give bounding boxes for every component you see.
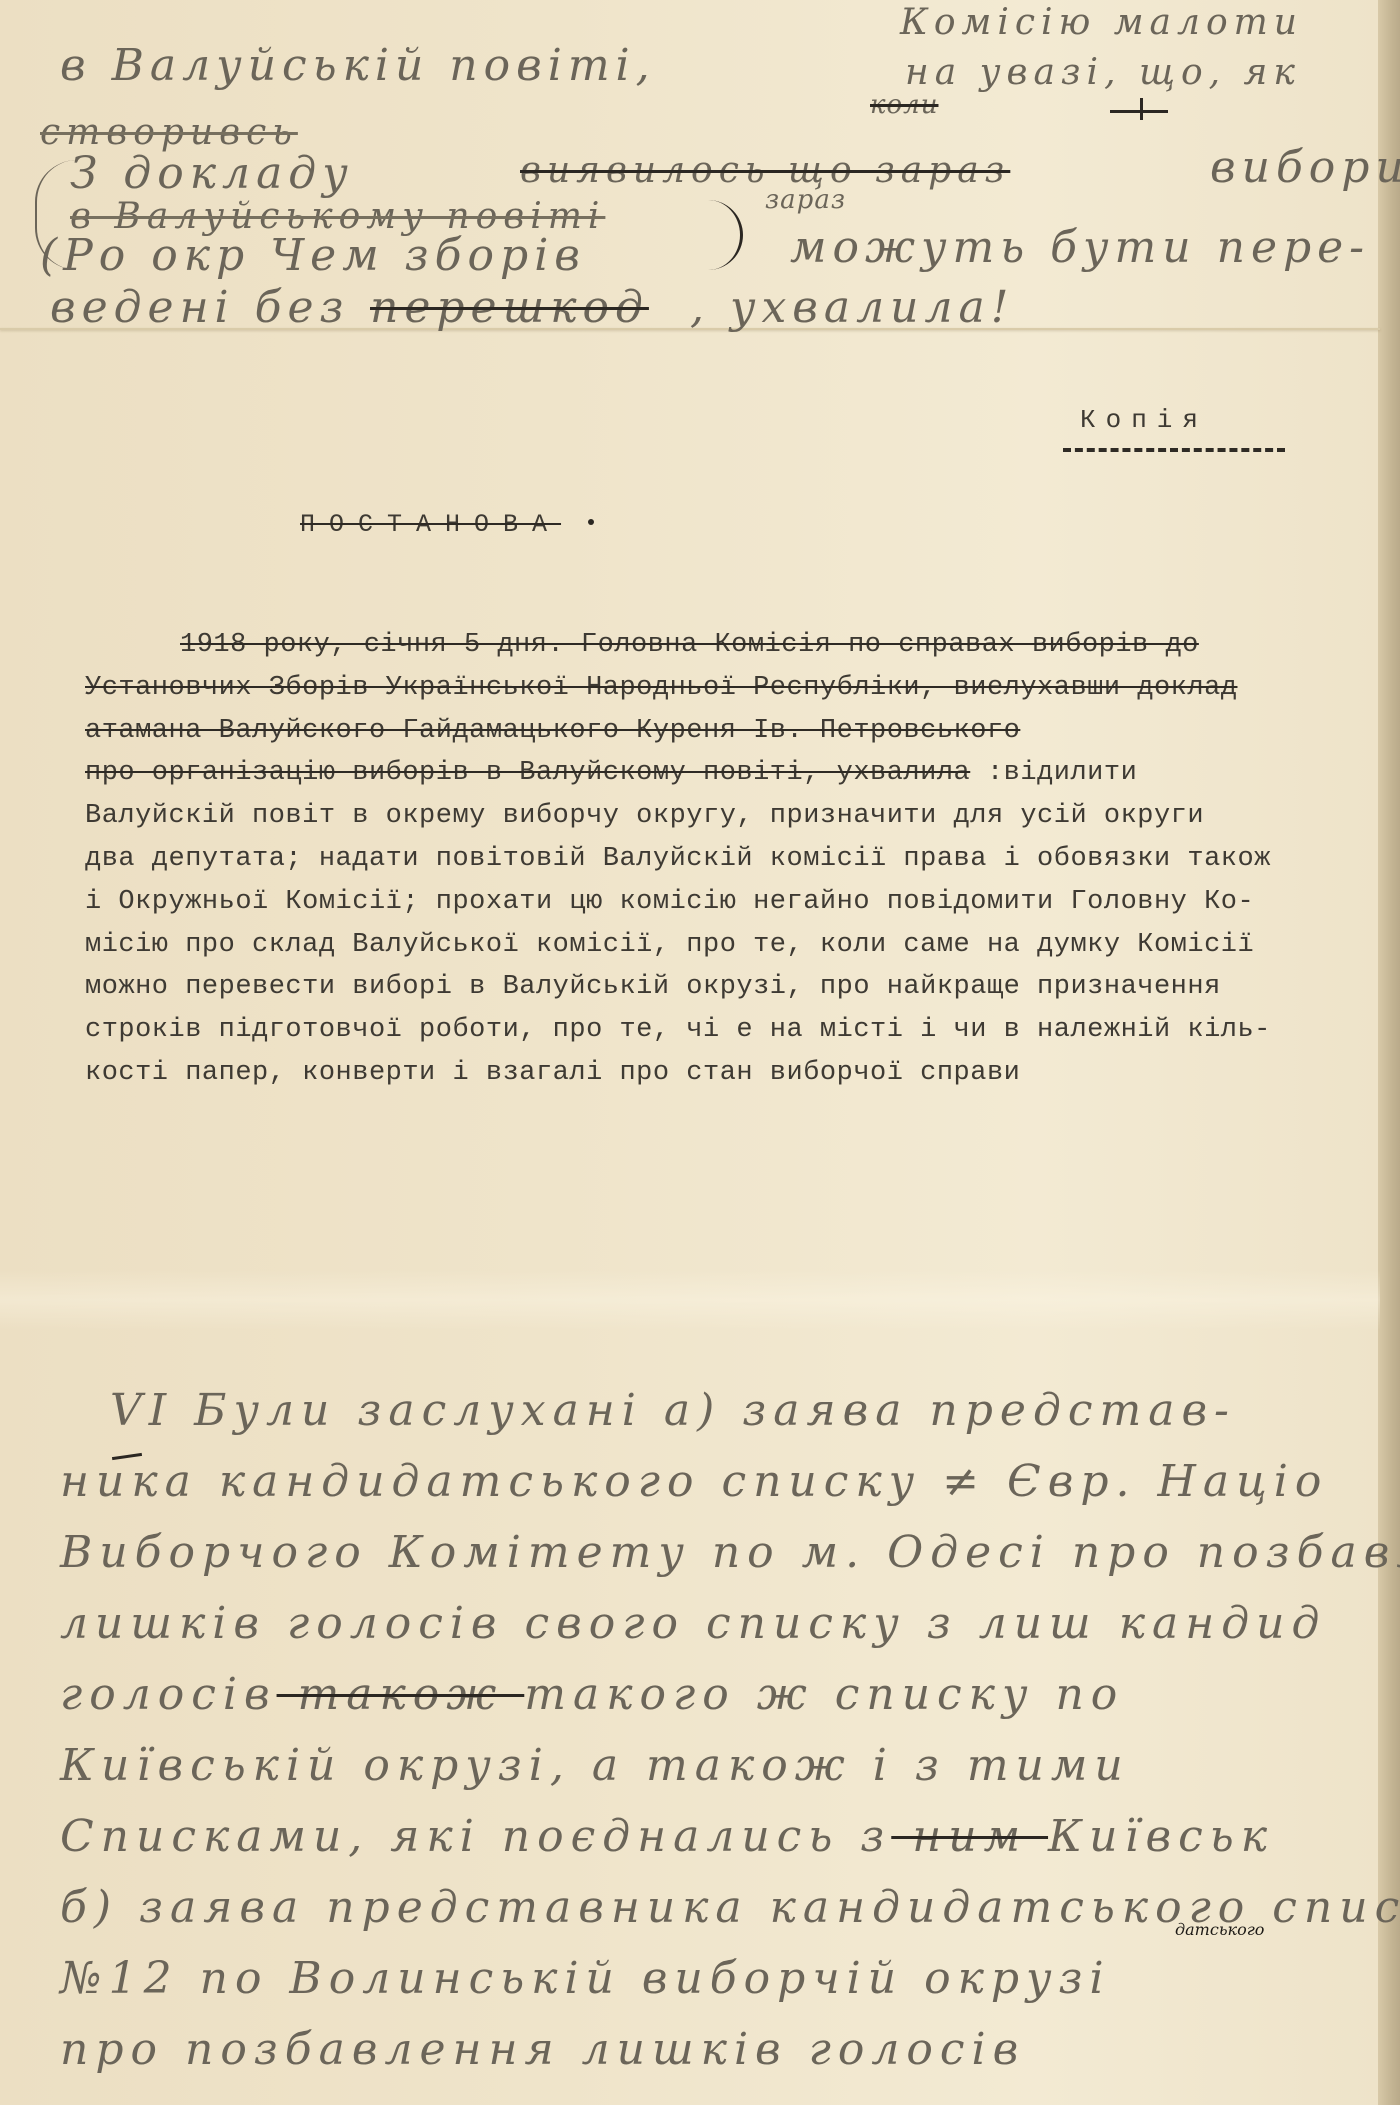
handwritten-note-mid: на увазі, що, як (905, 52, 1301, 93)
handwritten-text: лишків голосів свого списку з лиш кандид (60, 1598, 1326, 1649)
insert-mark-cross (1140, 98, 1143, 120)
handwritten-text: голосів (60, 1669, 277, 1720)
handwritten-line3-left: (Ро окр Чем зборів (40, 230, 586, 281)
title-dot (588, 519, 594, 525)
handwritten-line: Виборчого Комітету по м. Одесі про позба… (60, 1527, 1400, 1578)
handwritten-line: про позбавлення лишків голосів (60, 2024, 1025, 2075)
handwritten-line: Списками, які поєднались з ним Київськ (60, 1811, 1274, 1862)
handwritten-line: VI Були заслухані а) заява представ- (110, 1385, 1236, 1436)
handwritten-line4-left: ведені без (50, 282, 350, 333)
typed-line: можно перевести виборі в Валуйській окру… (85, 972, 1221, 1002)
paper-fold-light (0, 1270, 1380, 1330)
handwritten-line: №12 по Волинській виборчій окрузі (60, 1953, 1111, 2004)
handwritten-line2: З докладу (70, 148, 354, 199)
handwritten-text-rest: Київськ (1048, 1811, 1274, 1862)
typed-line: про організацію виборів в Валуйскому пов… (85, 758, 1137, 788)
typed-struck-text: про організацію виборів в Валуйскому пов… (85, 758, 970, 788)
handwritten-line1-left: в Валуйській повіті, (60, 40, 656, 91)
typed-text: :відилити (970, 758, 1137, 788)
typed-line: Валуйскій повіт в окрему виборчу округу,… (85, 801, 1204, 831)
typed-line: атамана Валуйского Гайдамацького Куреня … (85, 716, 1020, 746)
handwritten-text: ника кандидатського списку ≠ Євр. Націо (60, 1456, 1328, 1507)
typed-line: і Окружньої Комісії; прохати цю комісію … (85, 887, 1254, 917)
typed-struck-text: Установчих Зборів Української Народньої … (85, 673, 1237, 703)
typed-text: місію про склад Валуйської комісії, про … (85, 930, 1254, 960)
handwritten-line4-struck: перешкод (370, 282, 649, 333)
handwritten-struck-text: також (277, 1669, 525, 1720)
handwritten-text: №12 по Волинській виборчій окрузі (60, 1953, 1111, 2004)
handwritten-struck-word: коли (870, 90, 938, 120)
typed-text: два депутата; надати повітовій Валуйскій… (85, 844, 1271, 874)
copy-label: Копія (1080, 405, 1208, 435)
typed-struck-text: 1918 року, січня 5 дня. Головна Комісія … (180, 630, 1199, 660)
handwritten-text-rest: такого ж списку по (524, 1669, 1124, 1720)
typed-struck-text: атамана Валуйского Гайдамацького Куреня … (85, 716, 1020, 746)
handwritten-note-top: Комісію малоти (900, 2, 1303, 43)
handwritten-line: ника кандидатського списку ≠ Євр. Націо (60, 1456, 1328, 1507)
handwritten-text: Виборчого Комітету по м. Одесі про позба… (60, 1527, 1400, 1578)
handwritten-text: Київській окрузі, а також і з тими (60, 1740, 1130, 1791)
page-edge (1378, 0, 1400, 2105)
handwritten-line: голосів також такого ж списку по (60, 1669, 1124, 1720)
typed-text: Валуйскій повіт в окрему виборчу округу,… (85, 801, 1204, 831)
handwritten-struck-created: створивсь (40, 112, 298, 153)
handwritten-line: Київській окрузі, а також і з тими (60, 1740, 1130, 1791)
title-struck-postanova: ПОСТАНОВА (300, 510, 561, 539)
handwritten-insert: датського (1175, 1920, 1264, 1939)
handwritten-line4-right: , ухвалила! (690, 282, 1014, 333)
handwritten-line: лишків голосів свого списку з лиш кандид (60, 1598, 1326, 1649)
typed-text: і Окружньої Комісії; прохати цю комісію … (85, 887, 1254, 917)
typed-text: строків підготовчої роботи, про те, чі е… (85, 1015, 1271, 1045)
handwritten-text: VI Були заслухані а) заява представ- (110, 1385, 1236, 1436)
handwritten-text: Списками, які поєднались з (60, 1811, 891, 1862)
handwritten-insert-zaraz: зараз (765, 185, 846, 215)
handwritten-struck-text: ним (891, 1811, 1048, 1862)
typed-text: можно перевести виборі в Валуйській окру… (85, 972, 1221, 1002)
handwritten-line3-right: можуть бути пере- (790, 222, 1370, 273)
copy-underline (1063, 448, 1285, 452)
handwritten-line2-right: вибори (1210, 142, 1400, 193)
typed-line: 1918 року, січня 5 дня. Головна Комісія … (180, 630, 1199, 660)
typed-line: місію про склад Валуйської комісії, про … (85, 930, 1254, 960)
handwritten-text: про позбавлення лишків голосів (60, 2024, 1025, 2075)
typed-line: два депутата; надати повітовій Валуйскій… (85, 844, 1271, 874)
typed-line: строків підготовчої роботи, про те, чі е… (85, 1015, 1271, 1045)
typed-line: кості папер, конверти і взагалі про стан… (85, 1058, 1020, 1088)
typed-line: Установчих Зборів Української Народньої … (85, 673, 1237, 703)
typed-text: кості папер, конверти і взагалі про стан… (85, 1058, 1020, 1088)
insert-mark (1110, 110, 1168, 113)
